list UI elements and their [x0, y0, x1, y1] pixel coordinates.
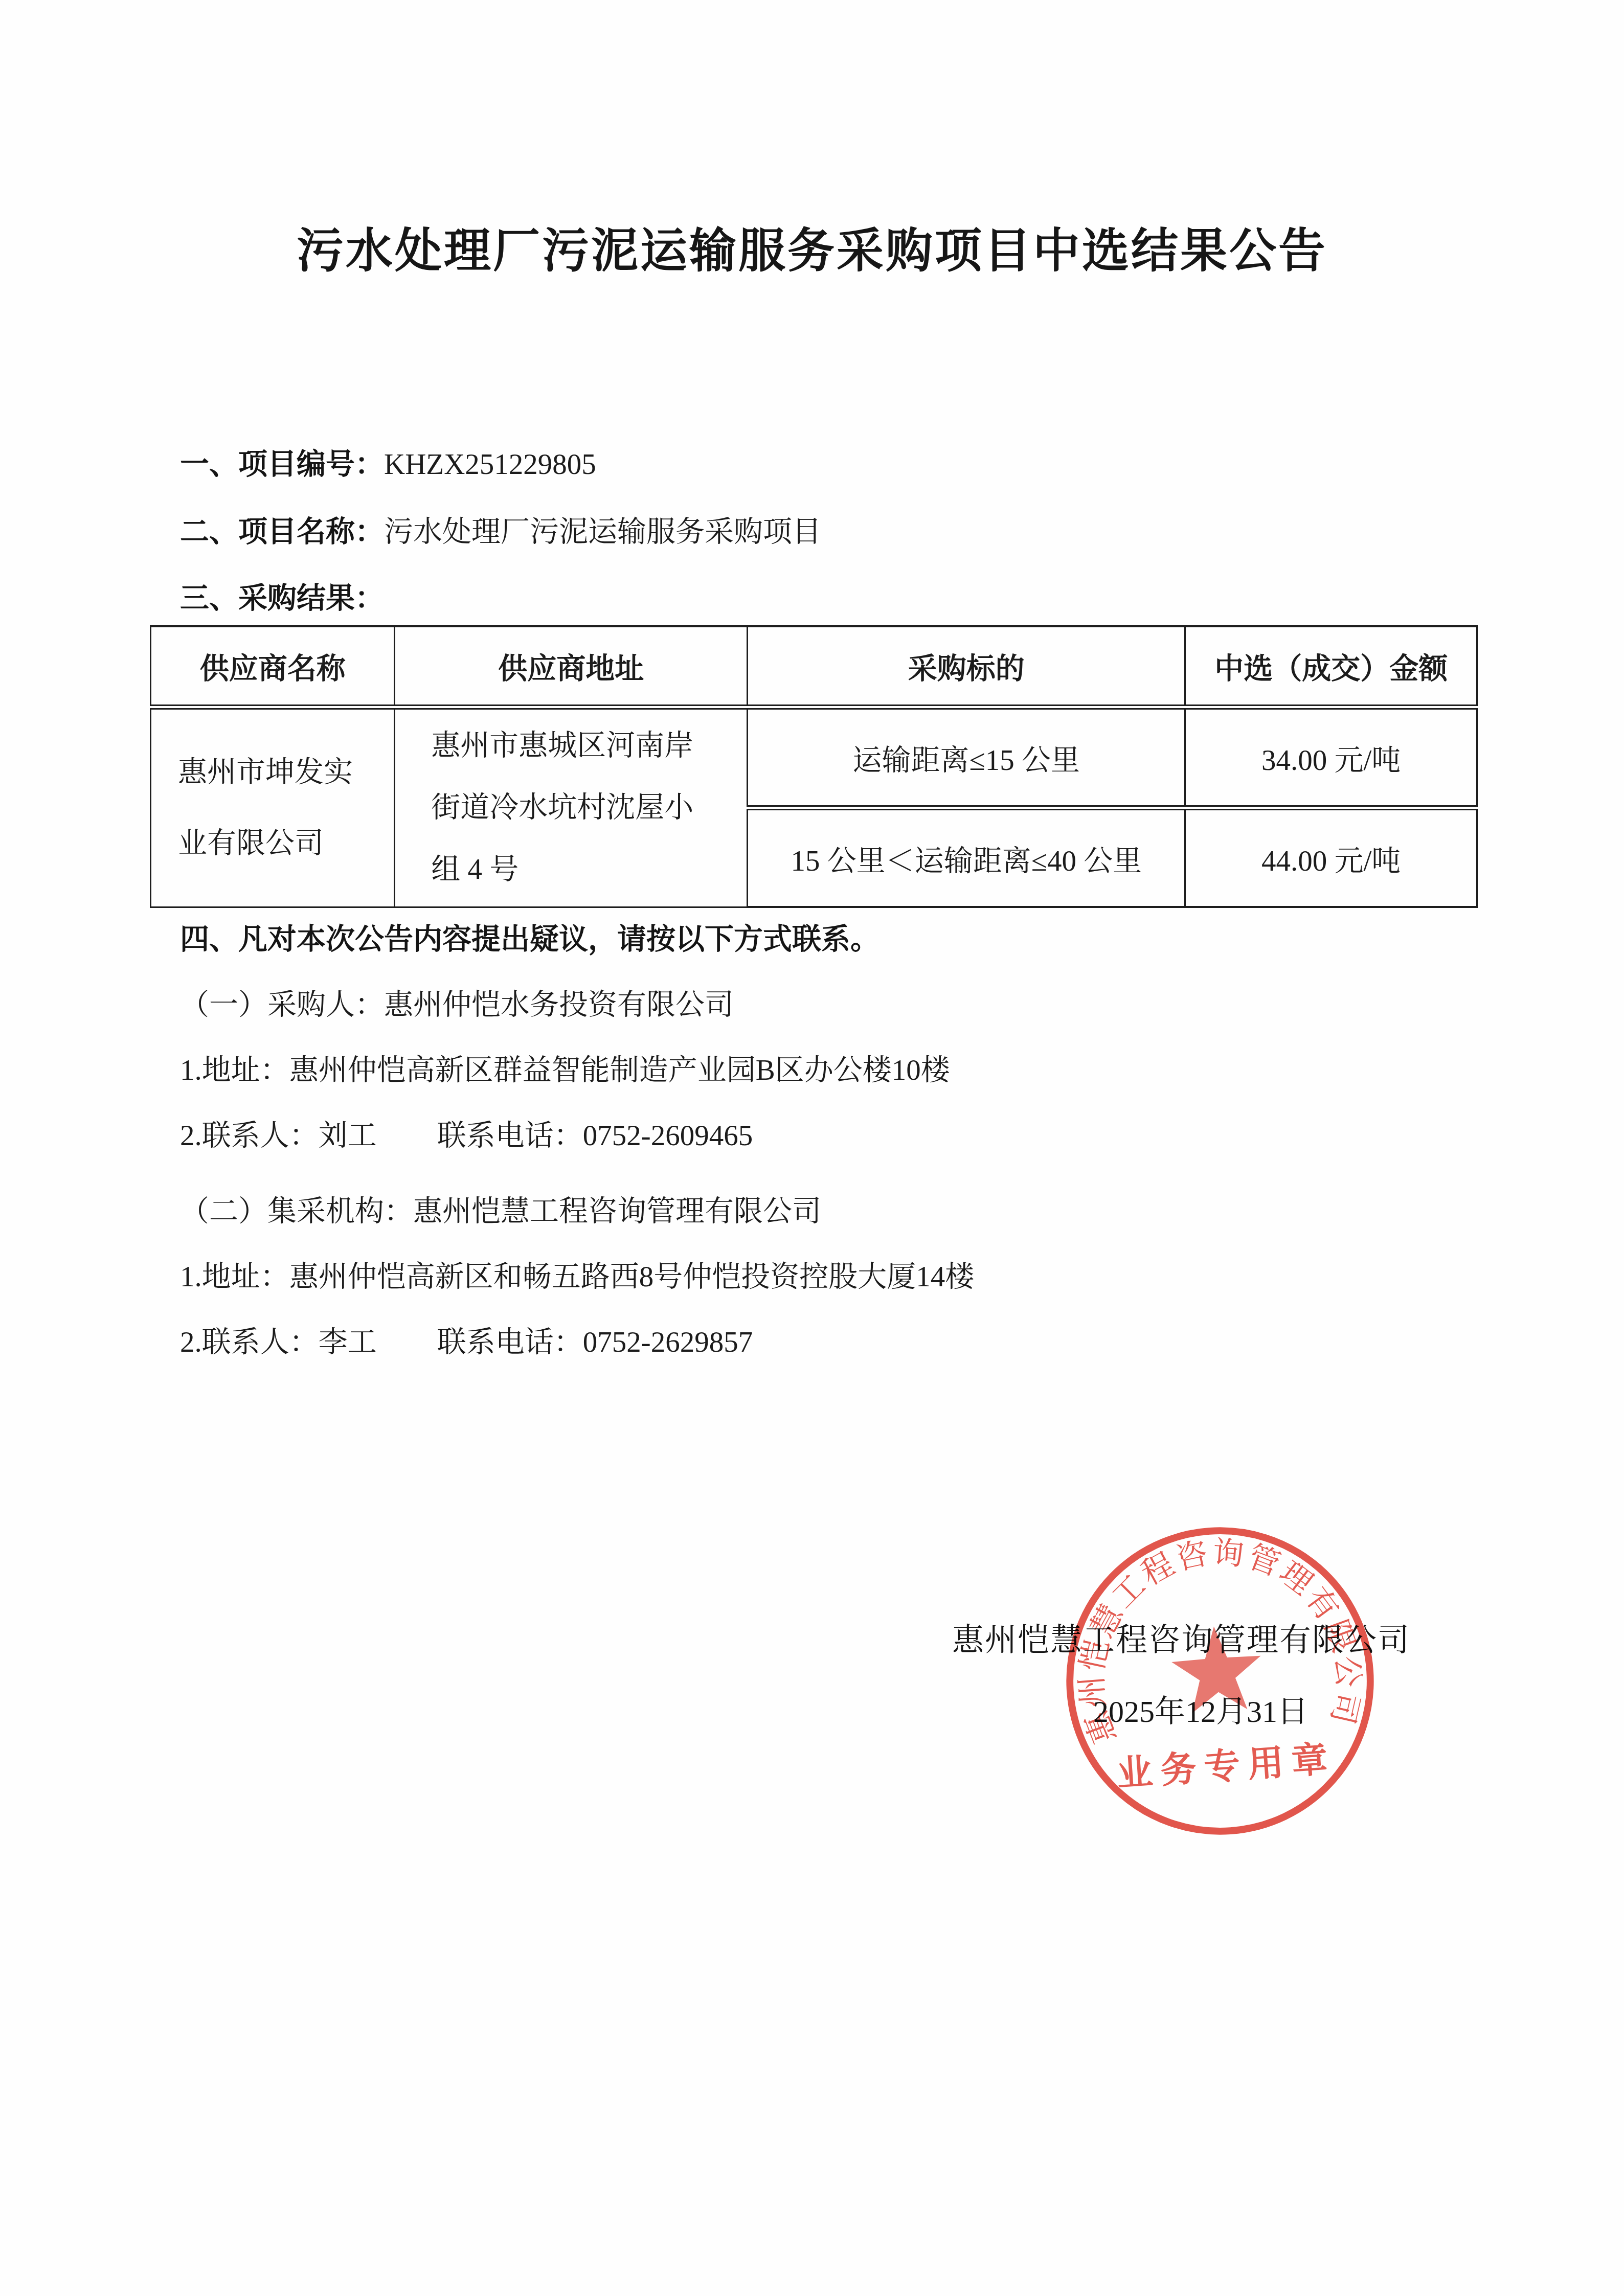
procurement-result-line: 三、采购结果：: [180, 582, 384, 616]
agency-line: （二）集采机构：惠州恺慧工程咨询管理有限公司: [180, 1195, 821, 1229]
procurement-result-label: 三、采购结果：: [180, 582, 384, 615]
target-cell-row1: 运输距离≤15 公里: [748, 707, 1185, 808]
stamp-star-icon: [1169, 1623, 1265, 1714]
buyer-contact-line: 2.联系人：刘工联系电话：0752-2609465: [180, 1119, 753, 1153]
header-supplier-name: 供应商名称: [151, 626, 395, 707]
stamp-bottom-text: 业务专用章: [1115, 1738, 1337, 1794]
document-page: 污水处理厂污泥运输服务采购项目中选结果公告 一、项目编号：KHZX2512298…: [0, 0, 1624, 2296]
header-supplier-address: 供应商地址: [395, 626, 748, 707]
table-header-row: 供应商名称 供应商地址 采购标的 中选（成交）金额: [151, 626, 1477, 707]
header-procurement-target: 采购标的: [748, 626, 1185, 707]
project-number-label: 一、项目编号：: [180, 448, 384, 481]
buyer-contact-phone: 联系电话：0752-2609465: [437, 1120, 753, 1152]
buyer-line: （一）采购人：惠州仲恺水务投资有限公司: [180, 988, 734, 1022]
supplier-address-cell: 惠州市惠城区河南岸街道冷水坑村沈屋小组 4 号: [395, 707, 748, 907]
agency-contact-phone: 联系电话：0752-2629857: [437, 1326, 753, 1358]
section4-heading: 四、凡对本次公告内容提出疑议，请按以下方式联系。: [180, 923, 879, 957]
target-cell-row2: 15 公里＜运输距离≤40 公里: [748, 808, 1185, 907]
procurement-result-table: 供应商名称 供应商地址 采购标的 中选（成交）金额 惠州市坤发实业有限公司 惠州…: [150, 625, 1478, 908]
project-number-value: KHZX251229805: [384, 448, 596, 481]
agency-address-line: 1.地址：惠州仲恺高新区和畅五路西8号仲恺投资控股大厦14楼: [180, 1260, 974, 1294]
company-seal-stamp: 惠州恺慧工程咨询管理有限公司 业务专用章: [1053, 1514, 1387, 1848]
agency-contact-line: 2.联系人：李工联系电话：0752-2629857: [180, 1326, 753, 1359]
page-title: 污水处理厂污泥运输服务采购项目中选结果公告: [0, 228, 1624, 275]
amount-cell-row2: 44.00 元/吨: [1185, 808, 1477, 907]
project-number-line: 一、项目编号：KHZX251229805: [180, 448, 596, 482]
supplier-name-cell: 惠州市坤发实业有限公司: [151, 707, 395, 907]
project-name-line: 二、项目名称：污水处理厂污泥运输服务采购项目: [180, 515, 821, 549]
amount-cell-row1: 34.00 元/吨: [1185, 707, 1477, 808]
agency-contact-person: 2.联系人：李工: [180, 1326, 377, 1358]
table-row: 惠州市坤发实业有限公司 惠州市惠城区河南岸街道冷水坑村沈屋小组 4 号 运输距离…: [151, 707, 1477, 808]
buyer-address-line: 1.地址：惠州仲恺高新区群益智能制造产业园B区办公楼10楼: [180, 1054, 950, 1087]
project-name-label: 二、项目名称：: [180, 515, 384, 548]
header-award-amount: 中选（成交）金额: [1185, 626, 1477, 707]
project-name-value: 污水处理厂污泥运输服务采购项目: [384, 516, 821, 548]
buyer-contact-person: 2.联系人：刘工: [180, 1120, 377, 1152]
